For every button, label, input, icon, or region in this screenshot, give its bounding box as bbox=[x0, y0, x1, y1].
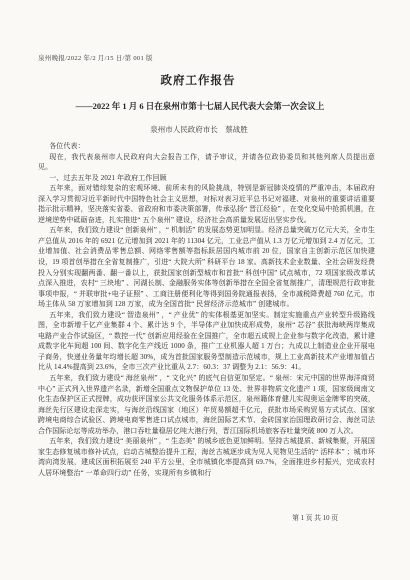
document-page: 泉州晚报/2022 年/2 月/15 日/第 001 版 政府工作报告 ——20… bbox=[0, 0, 410, 580]
salutation: 各位代表： bbox=[38, 141, 375, 152]
body-paragraph: 五年来，我们致力建设“ 海丝泉州” ，“ 文化兴” 的底气自信更加坚定。“ 泉州… bbox=[38, 373, 375, 436]
section-heading: 一、过去五年及 2021 年政府工作回顾 bbox=[38, 173, 375, 184]
body-paragraph: 五年来，面对错综复杂的宏观环境、前所未有的风险挑战，特别是新冠肺炎疫情的严重冲击… bbox=[38, 183, 375, 225]
subtitle: ——2022 年 1 月 6 日在泉州市第十七届人民代表大会第一次会议上 bbox=[0, 100, 400, 112]
byline: 泉州市人民政府市长 蔡战胜 bbox=[0, 124, 398, 135]
masthead: 泉州晚报/2022 年/2 月/15 日/第 001 版 bbox=[38, 53, 153, 62]
page-title: 政府工作报告 bbox=[0, 72, 396, 88]
intro-paragraph: 现在，我代表泉州市人民政府向大会报告工作，请予审议，并请各位政协委员和其他列席人… bbox=[38, 152, 375, 173]
page-number: 第 1 页 共 10 页 bbox=[292, 512, 338, 522]
body-paragraph: 五年来，我们致力建设“ 智造泉州” ，“ 产业优” 的实体根基更加坚实。制定实施… bbox=[38, 310, 375, 373]
report-body: 各位代表： 现在，我代表泉州市人民政府向大会报告工作，请予审议，并请各位政协委员… bbox=[38, 141, 375, 479]
body-paragraph: 五年来，我们致力建设“ 创新泉州” ，“ 机制活” 的发展态势更加明显。经济总量… bbox=[38, 225, 375, 309]
body-paragraph: 五年来，我们致力建设“ 美丽泉州” ，“ 生态美” 的城乡底色更加鲜明。坚持古城… bbox=[38, 436, 375, 478]
